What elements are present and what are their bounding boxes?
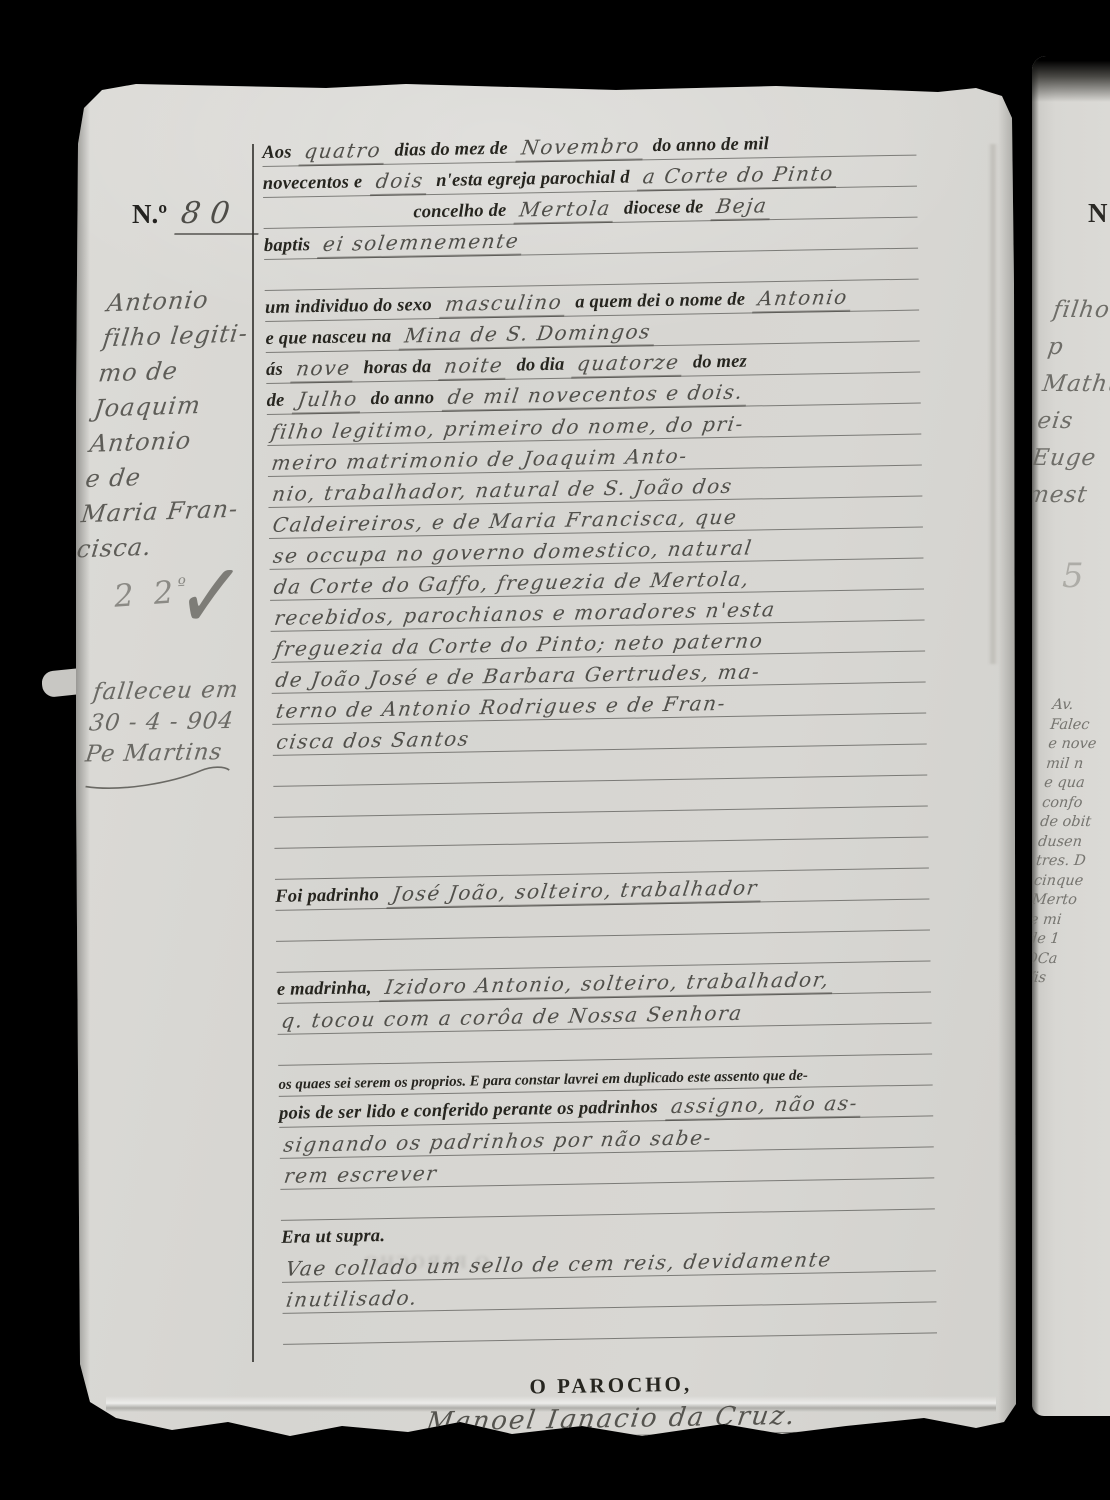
death-marginal-note: falleceu em30 - 4 - 904Pe Martins — [81, 674, 265, 790]
record-number-value: 80 — [174, 196, 264, 235]
margin-note-line: Maria Fran- — [79, 492, 241, 533]
fragment-small-line: dusen — [1037, 833, 1110, 853]
handwritten-entry: noite — [438, 353, 509, 381]
check-mark: ✓ — [172, 538, 249, 657]
next-page-fragment: N filho lpMathueisEugemest 5 Av.Falece n… — [1032, 56, 1110, 1416]
fragment-small-line: Merto — [1032, 891, 1110, 911]
fragment-small-line: e qua — [1043, 774, 1110, 794]
death-note-line: falleceu em — [91, 674, 265, 708]
fragment-line: filho l — [1050, 292, 1110, 329]
margin-name-note: Antoniofilho legiti-mo deJoaquimAntonioe… — [75, 281, 267, 568]
fragment-line: p — [1045, 329, 1110, 366]
fragment-small-line: mil n — [1045, 755, 1110, 775]
printed-form-text: diocese de — [624, 197, 704, 221]
fragment-record-number-initial: N — [1088, 198, 1108, 229]
fragment-pencil-digit: 5 — [1062, 556, 1084, 596]
printed-form-text: a quem dei o nome de — [575, 290, 745, 316]
handwritten-entry: nove — [290, 355, 356, 383]
handwritten-entry: rem escrever — [278, 1161, 443, 1189]
death-note-line: 30 - 4 - 904 — [87, 705, 261, 739]
margin-note-line: Antonio — [88, 421, 250, 462]
handwritten-entry: quatro — [299, 138, 388, 167]
scanned-baptism-record: { "margin": { "record_number_label": "N.… — [0, 0, 1110, 1500]
record-number: N.º80 — [132, 196, 261, 235]
printed-form-text: baptis — [264, 235, 311, 259]
printed-form-text: Foi padrinho — [275, 885, 379, 910]
handwritten-entry: masculino — [439, 290, 568, 319]
handwritten-entry: Novembro — [515, 133, 646, 162]
fragment-small-line: confo — [1041, 794, 1110, 814]
handwritten-entry: dois — [369, 168, 429, 196]
printed-form-text: dias do mez de — [394, 139, 508, 164]
handwritten-entry: Beja — [711, 193, 774, 221]
margin-note-line: e de — [83, 456, 245, 497]
fragment-small-line: de 1 — [1032, 930, 1110, 950]
register-page: O PAROCHO N.º80 Antoniofilho legiti-mo d… — [76, 84, 1016, 1436]
printed-form-text: concelho de — [413, 201, 507, 226]
handwritten-entry: Antonio — [752, 285, 854, 314]
handwritten-entry: quatorze — [572, 350, 686, 379]
fragment-binding-shadow — [1032, 56, 1039, 1416]
printed-form-text: ás — [266, 360, 283, 383]
vertical-stain — [988, 144, 998, 664]
fragment-small-line: cinque — [1033, 872, 1110, 892]
handwritten-entry: Manoel Ignacio da Cruz. — [420, 1401, 802, 1439]
printed-form-text: de — [266, 391, 284, 414]
handwritten-entry: Julho — [292, 386, 364, 414]
printed-form-text: Era ut supra. — [281, 1226, 385, 1251]
fragment-small-line: e mi — [1032, 911, 1110, 931]
printed-form-text: e que nasceu na — [265, 327, 391, 352]
printed-form-text: do anno de mil — [652, 134, 769, 159]
fragment-small-line: OCa — [1032, 950, 1110, 970]
fragment-line: eis — [1035, 403, 1110, 440]
fragment-small-line: de obit — [1039, 813, 1110, 833]
fragment-line: Euge — [1032, 440, 1110, 477]
printed-form-text: horas da — [363, 357, 431, 381]
fragment-small-line: Falec — [1049, 716, 1110, 736]
printed-form-text: um individuo do sexo — [265, 295, 432, 321]
fragment-torn-top — [1032, 56, 1110, 102]
margin-note-line: mo de — [96, 351, 258, 392]
record-number-label: N.º — [132, 199, 167, 229]
handwritten-entry: assigno, não as- — [665, 1091, 864, 1121]
printed-form-text: do anno — [371, 388, 435, 412]
record-body: Aosquatrodias do mez deNovembrodo anno d… — [262, 125, 939, 1442]
fragment-small-line: Av. — [1051, 696, 1110, 716]
margin-note-line: Joaquim — [92, 386, 254, 427]
printed-form-text: do mez — [693, 352, 748, 376]
handwritten-entry: inutilisado. — [281, 1285, 424, 1313]
printed-form-text: novecentos e — [263, 172, 363, 197]
printed-form-text: Aos — [262, 142, 292, 166]
printed-form-text: O PAROCHO, — [529, 1372, 692, 1402]
fragment-small-line: Vis — [1032, 969, 1110, 989]
printed-form-text: e madrinha, — [277, 978, 372, 1003]
handwritten-entry: ei solemnemente — [317, 228, 525, 259]
fragment-small-line: tres. D — [1035, 852, 1110, 872]
margin-note-line: filho legiti- — [101, 316, 263, 357]
fragment-small-notes: Av.Falece novemil ne quaconfode obitduse… — [1032, 696, 1110, 989]
handwritten-entry: cisca dos Santos — [271, 726, 476, 755]
margin-note-line: Antonio — [105, 281, 267, 322]
handwritten-entry: Mertola — [514, 196, 617, 225]
printed-form-text: do dia — [516, 355, 564, 379]
fragment-line: mest — [1032, 477, 1110, 514]
printed-form-text: n'esta egreja parochial d — [436, 168, 630, 194]
handwritten-entry: a Corte do Pinto — [637, 161, 840, 192]
fragment-line: Mathu — [1040, 366, 1110, 403]
fragment-cursive-lines: filho lpMathueisEugemest — [1032, 292, 1110, 514]
fragment-small-line: e nove — [1047, 735, 1110, 755]
